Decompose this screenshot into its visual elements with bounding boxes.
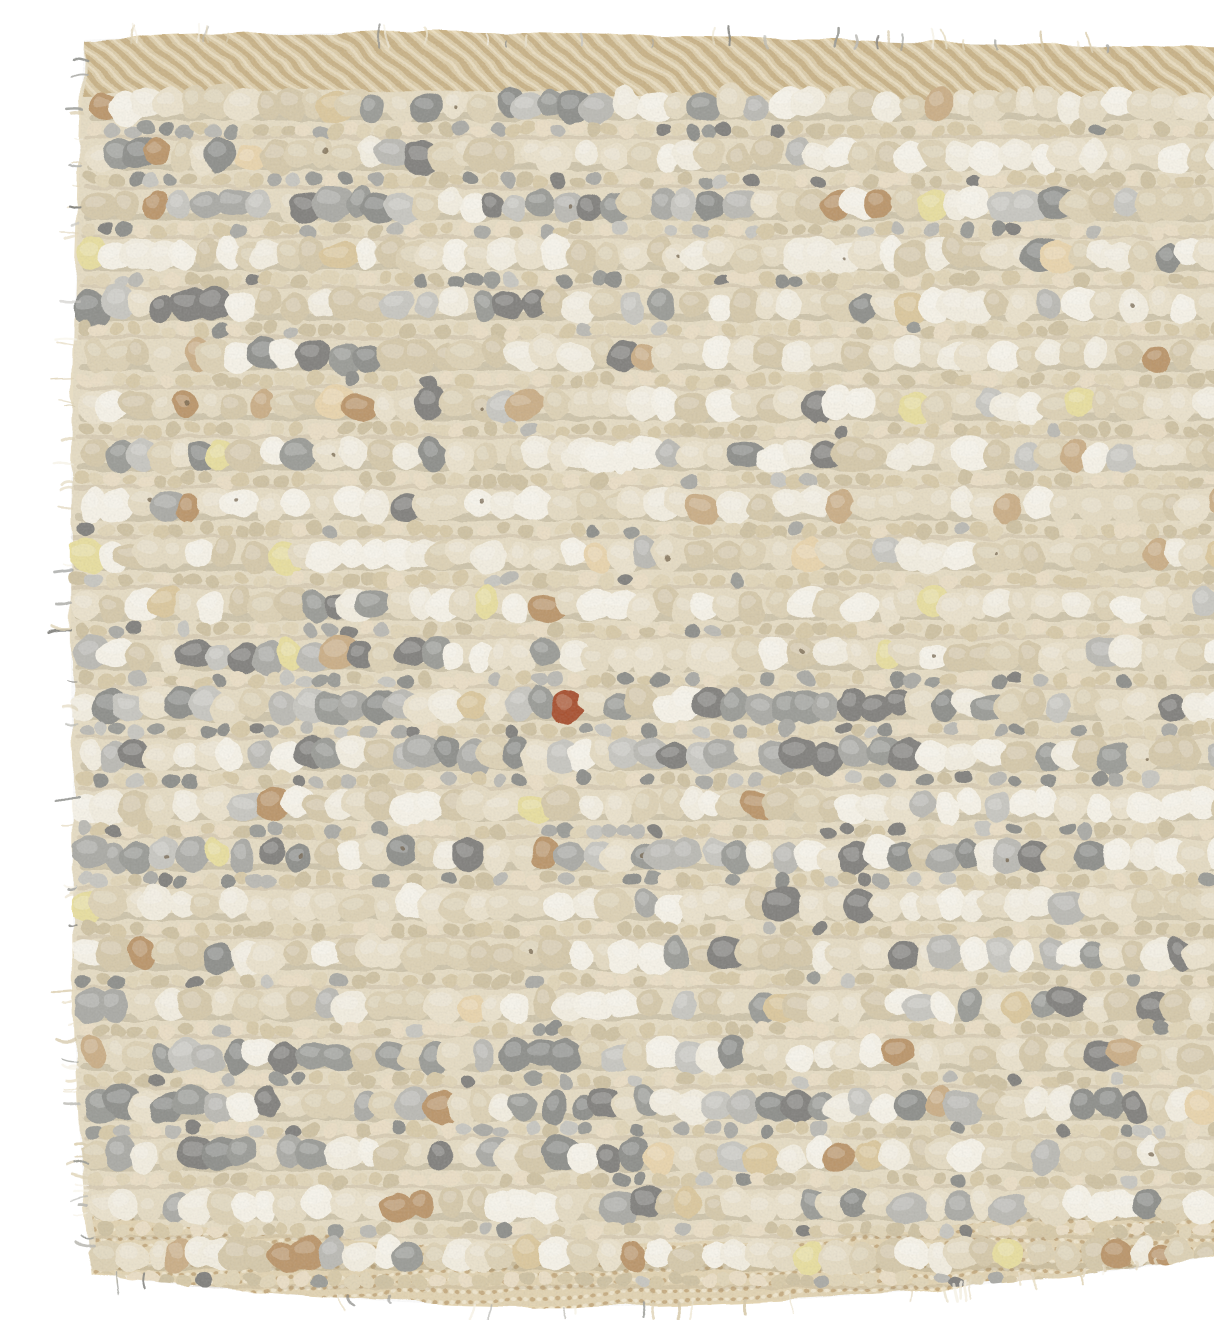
- rug-photo-svg: Close-up photograph of a handwoven wool …: [40, 16, 1214, 1320]
- rug-photo: Close-up photograph of a handwoven wool …: [40, 16, 1214, 1320]
- photo-grain: [71, 33, 1214, 1306]
